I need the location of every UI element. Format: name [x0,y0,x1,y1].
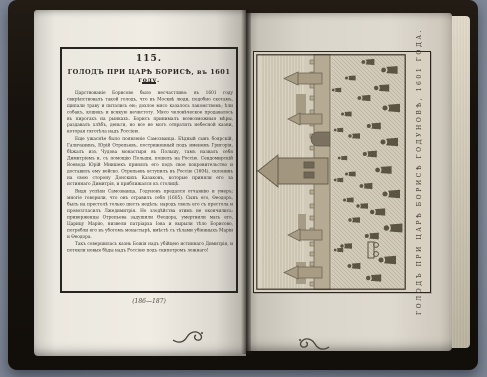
left-page-frame: 115. ГОЛОДЪ ПРИ ЦАРѢ БОРИСѢ, въ 1601 год… [60,47,238,293]
title-divider [142,82,156,84]
book-gutter [241,10,251,354]
page-range-footer: (186—187) [60,298,238,305]
page-edges-right [452,16,470,348]
left-page: 115. ГОЛОДЪ ПРИ ЦАРѢ БОРИСѢ, въ 1601 год… [34,10,246,356]
paragraph-2: Еще ужаснѣе было появленіе Самозванца. Б… [67,136,233,188]
paragraph-4: Такъ совершилась казнь Божія надъ убійце… [67,241,233,254]
body-text-block: Царствованіе Борисово было несчастливо: … [67,90,233,286]
section-number: 115. [62,54,236,64]
flourish-ornament-icon [172,328,208,346]
book-photo: 115. ГОЛОДЪ ПРИ ЦАРѢ БОРИСѢ, въ 1601 год… [0,0,487,377]
famine-engraving [256,54,406,290]
plate-caption: ГОЛОДЪ ПРИ ЦАРѢ БОРИСѢ ГОДУНОВѢ, 1601 ГО… [409,52,430,292]
plate-frame: ГОЛОДЪ ПРИ ЦАРѢ БОРИСѢ ГОДУНОВѢ, 1601 ГО… [253,51,431,293]
flourish-ornament-icon [294,335,330,353]
right-page: ГОЛОДЪ ПРИ ЦАРѢ БОРИСѢ ГОДУНОВѢ, 1601 ГО… [246,13,452,351]
paragraph-1: Царствованіе Борисово было несчастливо: … [67,90,233,135]
paragraph-3: Видя успѣхи Самозванца, Годуновъ предалс… [67,189,233,241]
